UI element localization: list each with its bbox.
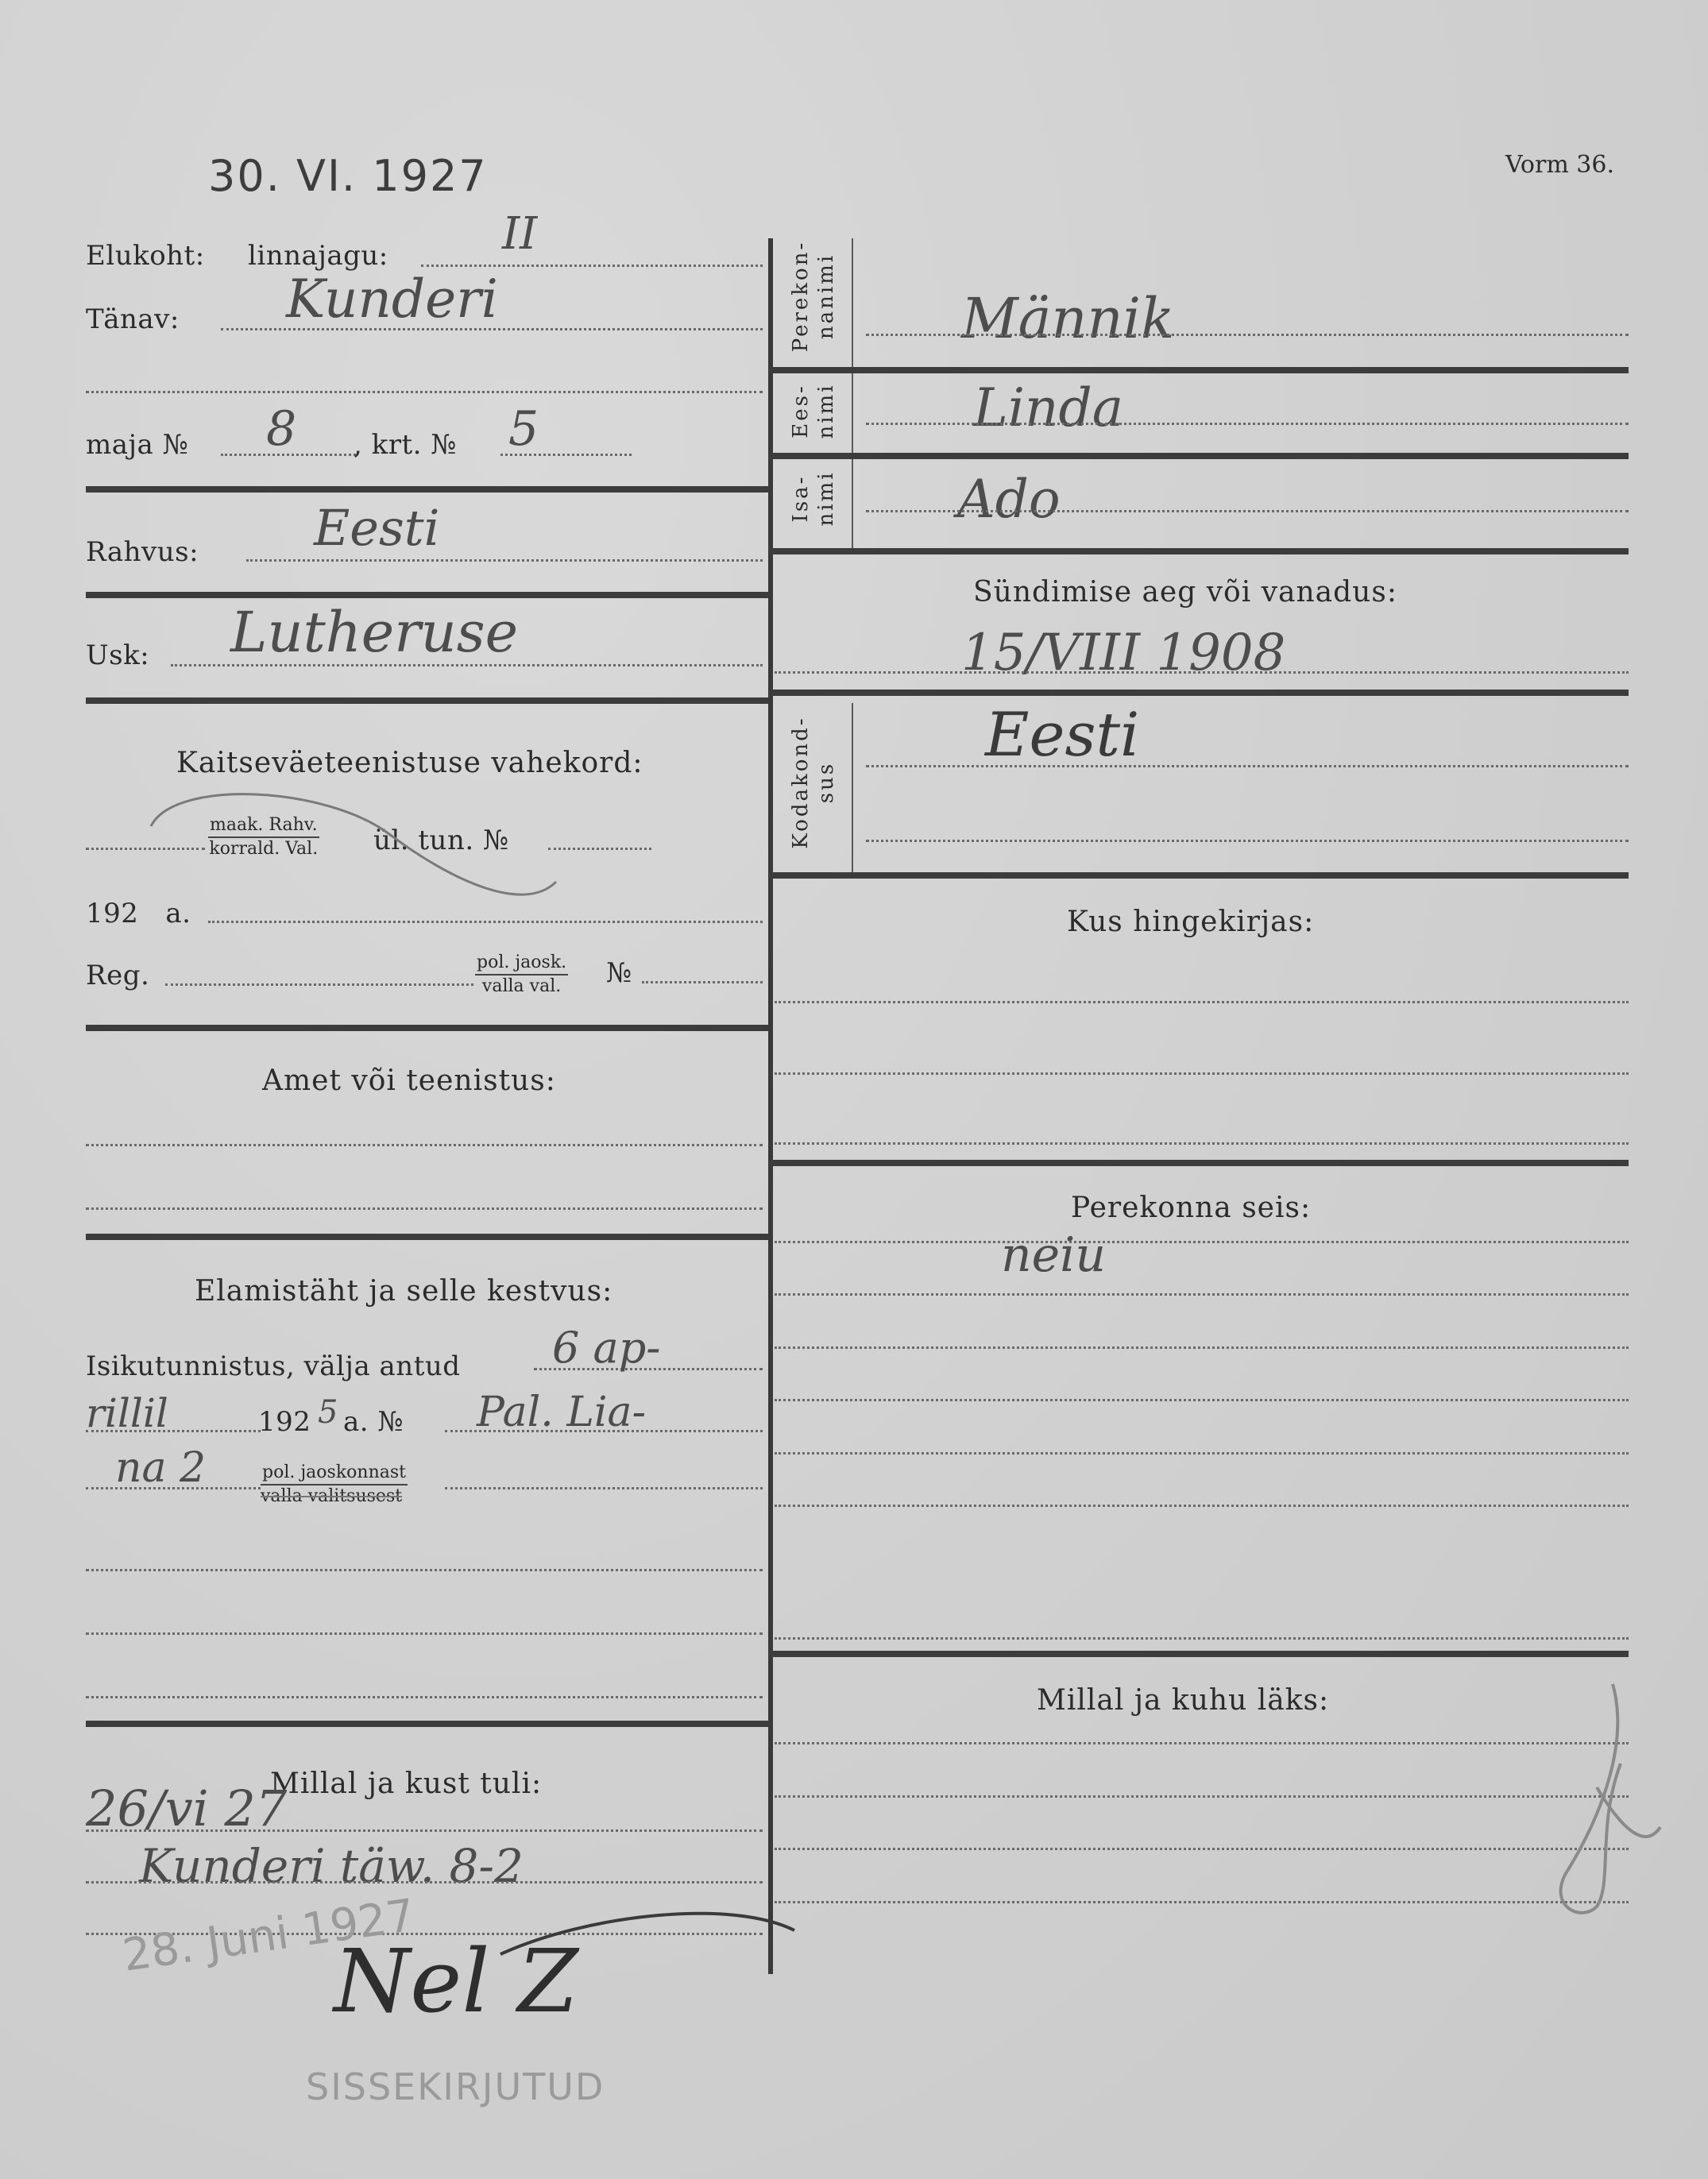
first-name-side-label: Ees- nimi <box>788 373 839 449</box>
permit-line-1 <box>86 1569 763 1571</box>
arrival-line-1 <box>86 1829 763 1832</box>
divider <box>769 1651 1629 1657</box>
date-stamp: 30. VI. 1927 <box>208 151 488 201</box>
family-line-2 <box>775 1293 1629 1296</box>
nationality-label: Rahvus: <box>86 536 199 568</box>
street-line-2 <box>86 391 763 393</box>
family-status-heading: Perekonna seis: <box>1071 1192 1311 1224</box>
family-line-1 <box>775 1241 1629 1243</box>
nationality-value: Eesti <box>314 499 440 557</box>
divider <box>769 548 1629 554</box>
citizenship-value: Eesti <box>985 699 1139 770</box>
divider <box>86 486 769 493</box>
divider <box>86 1721 769 1727</box>
surname-line <box>866 334 1629 336</box>
form-number: Vorm 36. <box>1505 151 1614 179</box>
permit-line-2 <box>86 1632 763 1635</box>
divider <box>769 367 1629 373</box>
arrival-address: Kunderi täw. 8-2 <box>139 1839 524 1893</box>
citizenship-line-2 <box>866 840 1629 842</box>
issuer-handwriting: na 2 <box>115 1444 206 1492</box>
house-label: maja № <box>86 429 188 461</box>
parish-line-1 <box>775 1001 1629 1003</box>
strike-curve <box>127 786 572 914</box>
issuer-fraction: pol. jaoskonnast valla valitsusest <box>261 1462 408 1508</box>
departure-heading: Millal ja kuhu läks: <box>1037 1684 1329 1717</box>
parish-line-3 <box>775 1142 1629 1145</box>
reg-number-line <box>642 981 763 983</box>
parish-register-heading: Kus hingekirjas: <box>1067 906 1314 938</box>
surname-value: Männik <box>961 286 1174 351</box>
family-line-6 <box>775 1505 1629 1507</box>
residence-permit-heading: Elamistäht ja selle kestvus: <box>195 1275 612 1308</box>
divider <box>769 690 1629 696</box>
divider <box>769 453 1629 459</box>
divider <box>769 872 1629 879</box>
year-printed: 192 <box>258 1406 311 1438</box>
occupation-heading: Amet või teenistus: <box>262 1064 556 1097</box>
year-handwritten: 5 <box>318 1394 338 1431</box>
reg-line <box>165 983 473 986</box>
apartment-value: 5 <box>508 401 539 457</box>
issuer-line-b <box>445 1487 763 1489</box>
family-line-5 <box>775 1452 1629 1455</box>
year-label: 192 a. <box>86 898 191 929</box>
divider <box>86 1234 769 1240</box>
family-line-4 <box>775 1399 1629 1401</box>
surname-side-label: Perekon- nanimi <box>788 237 839 356</box>
departure-line-1 <box>775 1742 1629 1744</box>
reg-label: Reg. <box>86 960 149 991</box>
family-line-7 <box>775 1637 1629 1640</box>
religion-value: Lutheruse <box>230 600 518 665</box>
departure-line-4 <box>775 1901 1629 1903</box>
permit-line-3 <box>86 1696 763 1698</box>
signature-flourish <box>493 1899 810 1962</box>
divider <box>769 1160 1629 1166</box>
apartment-label: , krt. № <box>354 429 457 461</box>
occupation-line-2 <box>86 1207 763 1210</box>
birth-line <box>775 671 1629 674</box>
religion-label: Usk: <box>86 639 149 671</box>
divider <box>86 697 769 704</box>
label-column-line <box>852 238 853 552</box>
residence-label: Elukoht: <box>86 240 205 272</box>
nationality-line <box>246 559 763 562</box>
family-line-3 <box>775 1346 1629 1349</box>
street-label: Tänav: <box>86 303 180 335</box>
citizenship-line-1 <box>866 765 1629 767</box>
departure-line-2 <box>775 1795 1629 1798</box>
id-issued-label: Isikutunnistus, välja antud <box>86 1350 461 1382</box>
citizenship-side-label: Kodakond- sus <box>788 703 839 862</box>
first-name-line <box>866 423 1629 425</box>
street-value: Kunderi <box>286 269 498 330</box>
reg-number-label: № <box>606 957 632 989</box>
departure-line-3 <box>775 1848 1629 1850</box>
id-issued-handwriting-2: rillil <box>86 1390 168 1436</box>
arrival-line-2 <box>86 1881 763 1883</box>
divider <box>86 592 769 598</box>
year-line <box>208 921 763 923</box>
number-handwriting: Pal. Lia- <box>477 1389 646 1436</box>
label-column-line-2 <box>852 703 853 875</box>
occupation-line-1 <box>86 1144 763 1146</box>
father-name-side-label: Isa- nimi <box>788 457 839 540</box>
military-heading: Kaitseväeteenistuse vahekord: <box>176 747 643 779</box>
family-status-value: neiu <box>1001 1227 1106 1283</box>
district-line <box>421 265 763 267</box>
birth-heading: Sündimise aeg või vanadus: <box>973 576 1397 608</box>
father-name-line <box>866 510 1629 512</box>
divider <box>86 1025 769 1031</box>
parish-line-2 <box>775 1072 1629 1075</box>
house-value: 8 <box>266 401 296 457</box>
district-label: linnajagu: <box>248 240 388 272</box>
first-name-value: Linda <box>973 377 1123 439</box>
district-value: II <box>502 208 537 260</box>
number-label: a. № <box>343 1406 404 1438</box>
pencil-mark <box>1509 1668 1668 1938</box>
column-divider <box>768 238 773 1974</box>
arrival-heading: Millal ja kust tuli: <box>270 1768 542 1800</box>
id-issued-handwriting-1: 6 ap- <box>552 1323 661 1373</box>
reg-fraction: pol. jaosk. valla val. <box>475 952 568 998</box>
father-name-value: Ado <box>957 469 1061 530</box>
registered-stamp: SISSEKIRJUTUD <box>306 2065 605 2108</box>
